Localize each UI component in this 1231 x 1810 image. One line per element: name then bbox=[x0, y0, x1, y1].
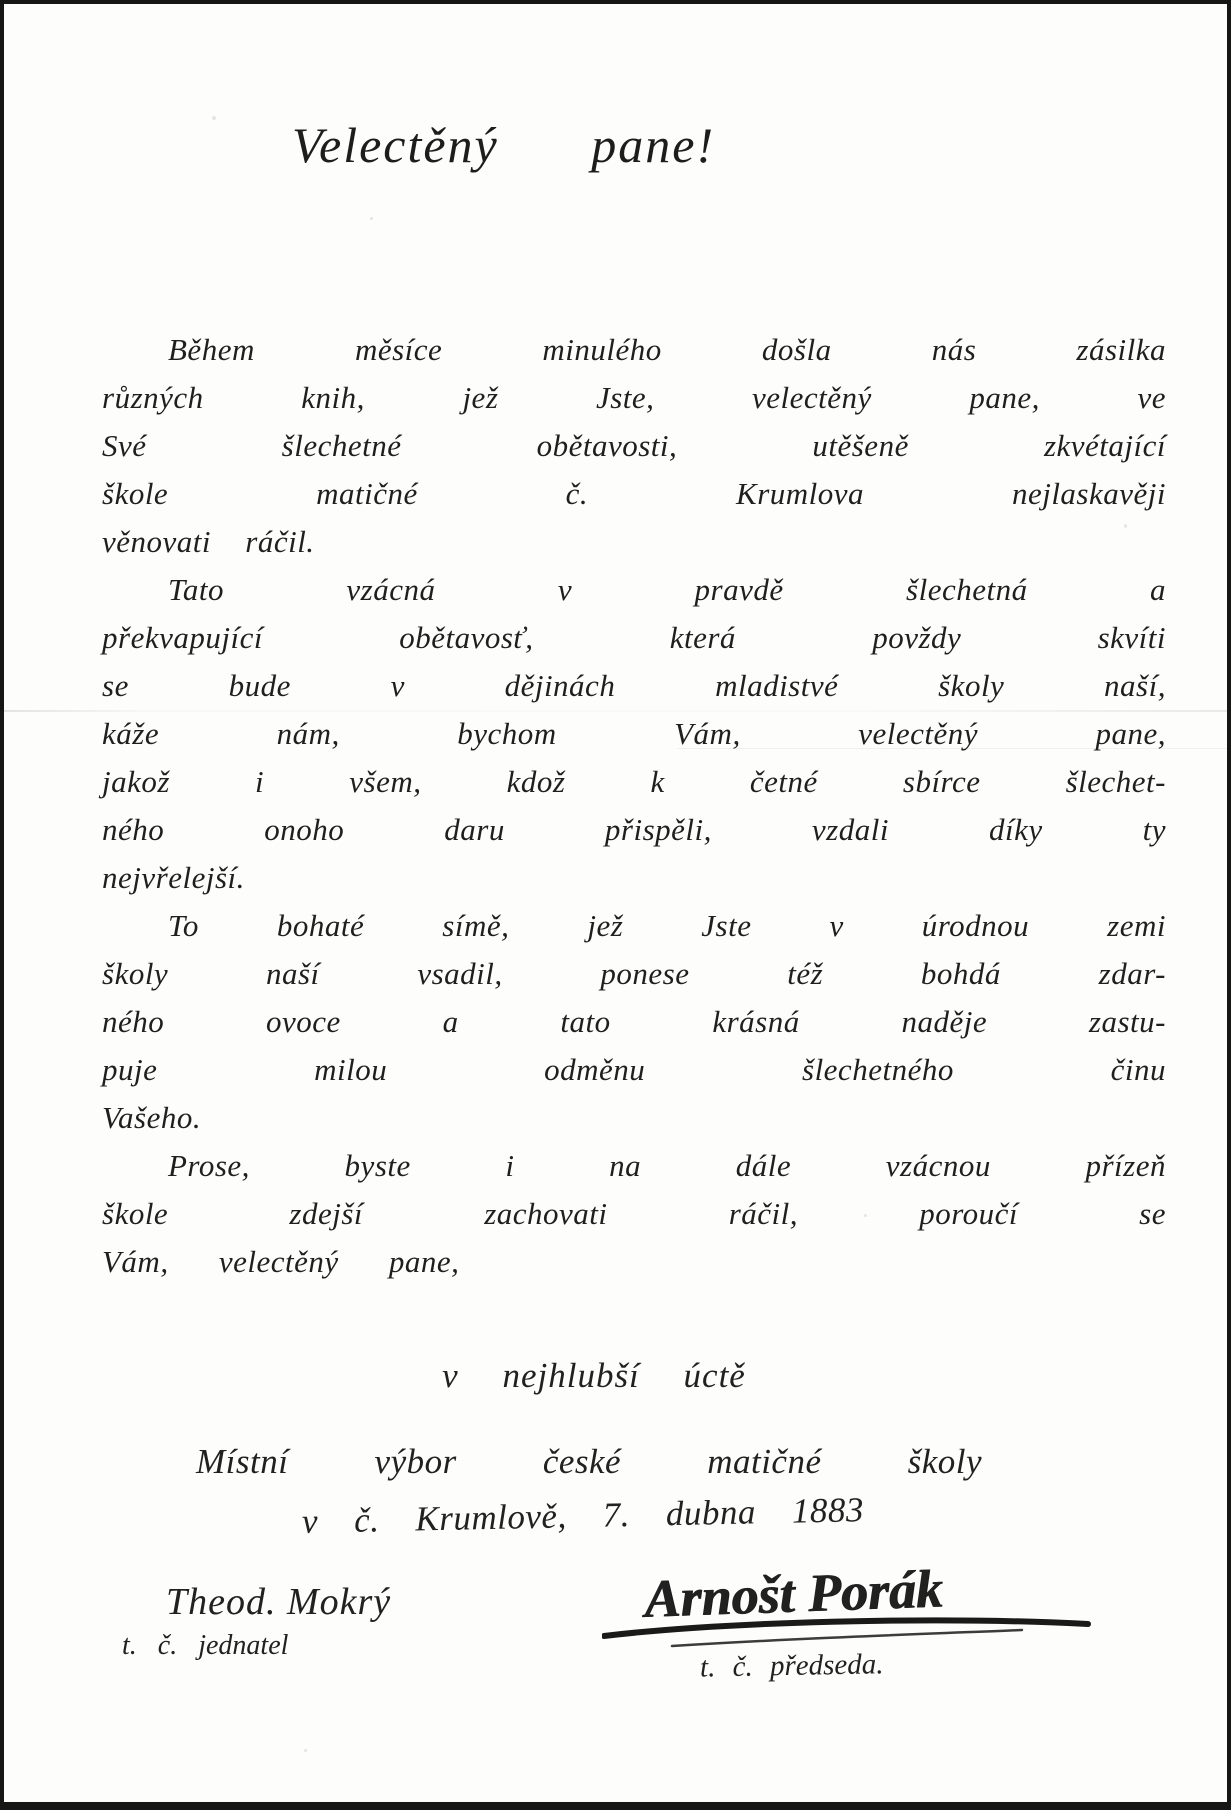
scanned-letter-page: Velectěný pane! Během měsíce minulého do… bbox=[0, 0, 1231, 1810]
body-line: nejvřelejší. bbox=[102, 854, 1166, 902]
committee-name: Místní výbor české matičné školy bbox=[196, 1442, 982, 1482]
body-line: káže nám, bychom Vám, velectěný pane, bbox=[102, 710, 1166, 758]
body-line: Tato vzácná v pravdě šlechetná a bbox=[102, 566, 1166, 614]
signature-chairman: Arnošt Porák t. č. předseda. bbox=[602, 1560, 1102, 1681]
body-line: věnovati ráčil. bbox=[102, 518, 1166, 566]
body-line: To bohaté símě, jež Jste v úrodnou zemi bbox=[102, 902, 1166, 950]
secretary-title: t. č. jednatel bbox=[122, 1630, 391, 1662]
salutation: Velectěný pane! bbox=[292, 116, 715, 174]
letter-body: Během měsíce minulého došla nás zásilka … bbox=[102, 326, 1166, 1286]
chairman-title: t. č. předseda. bbox=[700, 1644, 1103, 1684]
body-line: Během měsíce minulého došla nás zásilka bbox=[102, 326, 1166, 374]
body-line: školy naší vsadil, ponese též bohdá zdar… bbox=[102, 950, 1166, 998]
body-line: Své šlechetné obětavosti, utěšeně zkvéta… bbox=[102, 422, 1166, 470]
body-line: Vám, velectěný pane, bbox=[102, 1238, 1166, 1286]
place-and-date: v č. Krumlově, 7. dubna 1883 bbox=[302, 1490, 865, 1542]
paper-speck bbox=[370, 217, 373, 220]
paper-speck bbox=[212, 116, 216, 120]
body-line: ného ovoce a tato krásná naděje zastu- bbox=[102, 998, 1166, 1046]
body-line: překvapující obětavosť, která povždy skv… bbox=[102, 614, 1166, 662]
body-line: škole zdejší zachovati ráčil, poroučí se bbox=[102, 1190, 1166, 1238]
body-line: se bude v dějinách mladistvé školy naší, bbox=[102, 662, 1166, 710]
paper-speck bbox=[304, 1749, 307, 1752]
body-line: jakož i všem, kdož k četné sbírce šleche… bbox=[102, 758, 1166, 806]
body-line: různých knih, jež Jste, velectěný pane, … bbox=[102, 374, 1166, 422]
body-line: Prose, byste i na dále vzácnou přízeň bbox=[102, 1142, 1166, 1190]
signature-secretary: Theod. Mokrý t. č. jednatel bbox=[122, 1580, 391, 1662]
body-line: Vašeho. bbox=[102, 1094, 1166, 1142]
body-line: ného onoho daru přispěli, vzdali díky ty bbox=[102, 806, 1166, 854]
body-line: škole matičné č. Krumlova nejlaskavěji bbox=[102, 470, 1166, 518]
closing-formula: v nejhlubší úctě bbox=[4, 1356, 1184, 1396]
secretary-name: Theod. Mokrý bbox=[122, 1580, 391, 1624]
body-line: puje milou odměnu šlechetného činu bbox=[102, 1046, 1166, 1094]
